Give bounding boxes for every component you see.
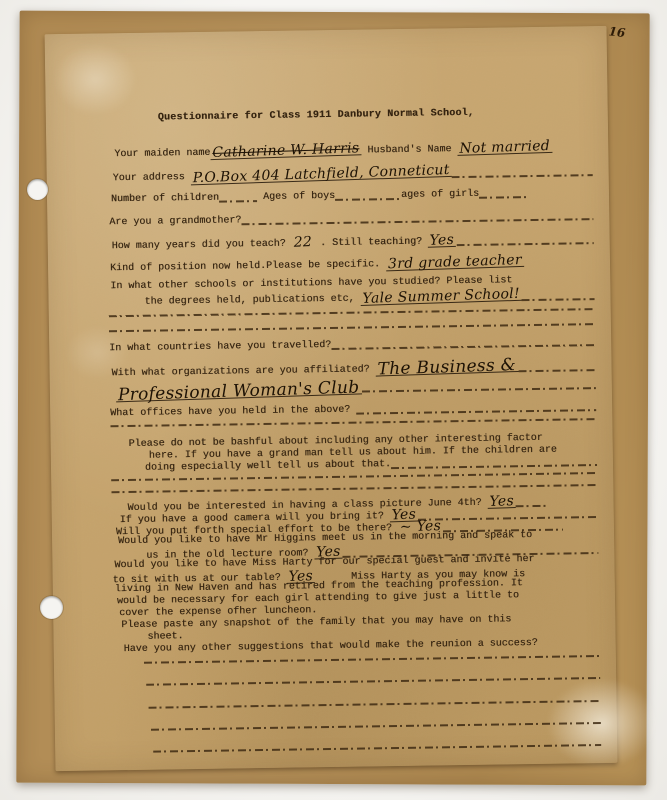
typed-text: doing especially well tell us about that… [145, 459, 391, 475]
blank-fill [219, 200, 257, 203]
handwritten-text: Yale Summer School! [360, 288, 522, 306]
blank-rule [153, 744, 601, 753]
form-line-snapshot-2: sheet. [147, 631, 183, 644]
questionnaire-sheet: Questionnaire for Class 1911 Danbury Nor… [45, 26, 618, 771]
handwritten-text: 22 [292, 236, 315, 249]
typed-text: Are you a grandmother? [109, 215, 241, 229]
form-line-offices-held: What offices have you held in the above? [110, 401, 596, 420]
blank-rule [149, 700, 601, 709]
blank-rule [110, 418, 596, 427]
typed-text: Kind of position now held.Please be spec… [110, 259, 386, 275]
handwritten-text: Professional Woman's Club [116, 381, 362, 402]
blank-fill [391, 464, 597, 469]
form-line-suggestions: Have you any other suggestions that woul… [124, 638, 538, 656]
dashed-rule [111, 484, 597, 493]
dashed-rule [110, 418, 596, 427]
typed-text: Ages of boys [257, 191, 335, 204]
blank-fill [479, 196, 527, 199]
typed-text: Your address [113, 172, 191, 185]
blank-rule [109, 308, 595, 317]
form-line-years-taught: How many years did you teach? 22 . Still… [112, 231, 594, 253]
typed-text: Have you any other suggestions that woul… [124, 638, 538, 656]
handwritten-text: Yes [428, 234, 457, 248]
blank-fill [335, 198, 401, 201]
blank-fill [522, 298, 595, 301]
page-number: 16 [608, 24, 626, 40]
handwritten-text: Not married [457, 140, 552, 156]
dashed-rule [144, 655, 600, 664]
form-line-title: Questionnaire for Class 1911 Danbury Nor… [158, 108, 474, 125]
form-line-children-ages: Number of children Ages of boysages of g… [111, 188, 527, 206]
typed-text: sheet. [147, 631, 183, 644]
form-line-position-held: Kind of position now held.Please be spec… [110, 254, 524, 275]
punch-hole-top [27, 179, 48, 200]
dashed-rule [151, 722, 601, 731]
blank-fill [452, 174, 593, 178]
handwritten-text: The Business & [375, 359, 518, 377]
form-line-address: Your address P.O.Box 404 Latchfield, Con… [113, 163, 593, 185]
handwritten-text: Catharine W. Harris [210, 142, 361, 160]
blank-rule [109, 323, 595, 332]
blank-rule [144, 655, 600, 664]
blank-fill [241, 218, 593, 225]
form-line-organizations-2: Professional Woman's Club [116, 378, 596, 398]
blank-fill [457, 242, 594, 246]
typed-text: . Still teaching? [314, 237, 428, 251]
dashed-rule [153, 744, 601, 753]
handwritten-text: P.O.Box 404 Latchfield, Conneticut [191, 164, 452, 185]
dashed-rule [109, 323, 595, 332]
typed-text: What offices have you held in the above? [110, 405, 356, 421]
typed-text: Your maiden name [114, 148, 210, 161]
form-line-grandmother: Are you a grandmother? [109, 210, 593, 229]
blank-fill [518, 369, 595, 372]
dashed-rule [146, 677, 600, 686]
typed-text: ages of girls [401, 189, 479, 202]
blank-fill [361, 387, 595, 392]
typed-text: How many years did you teach? [112, 239, 292, 254]
blank-rule [146, 677, 600, 686]
typed-text: Questionnaire for Class 1911 Danbury Nor… [158, 108, 474, 125]
blank-fill [356, 409, 596, 415]
form-line-countries-travelled: In what countries have you travelled? [109, 336, 595, 355]
form-line-maiden-name: Your maiden nameCatharine W. Harris Husb… [114, 140, 552, 161]
typed-text: Husband's Name [361, 144, 457, 157]
typed-text: Number of children [111, 193, 219, 207]
punch-hole-bottom [40, 596, 63, 619]
handwritten-text: 3rd grade teacher [386, 254, 524, 271]
blank-fill [331, 344, 595, 350]
dashed-rule [149, 700, 601, 709]
typed-text: In what countries have you travelled? [109, 340, 331, 355]
dashed-rule [109, 308, 595, 317]
typed-text: the degrees held, publications etc, [144, 294, 360, 309]
form-lines: Questionnaire for Class 1911 Danbury Nor… [45, 26, 618, 771]
scanned-document: 16 Questionnaire for Class 1911 Danbury … [0, 0, 667, 800]
blank-rule [151, 722, 601, 731]
blank-rule [111, 484, 597, 493]
